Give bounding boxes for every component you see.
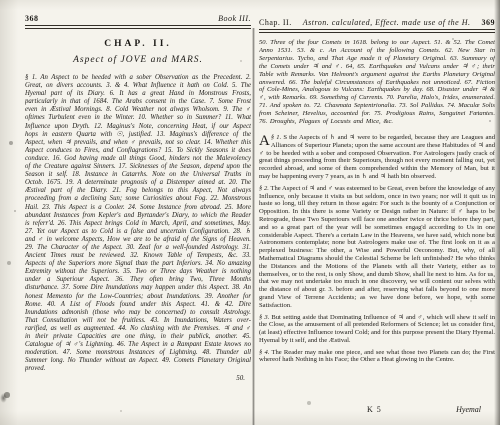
paragraph-4: § 4. The Reader may make one piece, and … — [259, 349, 495, 365]
chapter-argument-summary: § 1. An Aspect to be heeded with a sober… — [25, 74, 251, 373]
right-chapter-label: Chap. II. — [259, 18, 292, 27]
page-gutter-shadow — [252, 28, 255, 425]
left-page: 368 Book III. CHAP. II. Aspect of JOVE a… — [25, 14, 251, 418]
right-page-number: 369 — [482, 18, 496, 27]
right-page: Chap. II. Astron. calculated, Effect. ma… — [259, 18, 495, 418]
paragraph-4-text: The Reader may make one piece, and see w… — [259, 349, 495, 364]
right-running-title: Astron. calculated, Effect. made use of … — [303, 18, 471, 27]
paragraph-1: § 1. AS the Aspects of ♄ and ♃ were to b… — [259, 134, 495, 181]
right-running-header: Chap. II. Astron. calculated, Effect. ma… — [259, 18, 495, 27]
left-header-rule — [25, 25, 251, 29]
left-running-title: Book III. — [218, 14, 251, 23]
paragraph-3: § 3. But setting aside that Dominating I… — [259, 314, 495, 345]
right-header-rule — [259, 29, 495, 33]
right-catchword: Hyemal — [382, 405, 495, 414]
left-running-header: 368 Book III. — [25, 14, 251, 23]
gathering-signature: K 5 — [367, 405, 382, 414]
paragraph-2-text: The Aspect of ♃ and ♂ was esteemed to be… — [259, 185, 495, 309]
paragraph-1-marker: § 1. — [271, 134, 281, 141]
chapter-subtitle: Aspect of JOVE and MARS. — [25, 55, 251, 65]
chapter-argument-summary-continued: 50. Three of the four Comets in 1618. be… — [259, 39, 495, 126]
scan-noise — [0, 0, 2, 2]
paragraph-2-marker: § 2. — [259, 185, 269, 192]
left-catchword: 50. — [25, 374, 251, 382]
paragraph-2: § 2. The Aspect of ♃ and ♂ was esteemed … — [259, 185, 495, 310]
chapter-heading: CHAP. II. — [25, 39, 251, 49]
left-page-number: 368 — [25, 14, 39, 23]
paragraph-3-marker: § 3. — [259, 314, 269, 321]
paragraph-1-dropcap: A — [259, 134, 271, 148]
corner-smudge — [0, 393, 7, 403]
paragraph-1-text: S the Aspects of ♄ and ♃ were to be rega… — [259, 134, 495, 180]
paragraph-3-text: But setting aside that Dominating Influe… — [259, 314, 495, 344]
book-scan: 368 Book III. CHAP. II. Aspect of JOVE a… — [0, 0, 500, 425]
paragraph-4-marker: § 4. — [259, 349, 269, 356]
signature-line: K 5 Hyemal — [259, 405, 495, 414]
